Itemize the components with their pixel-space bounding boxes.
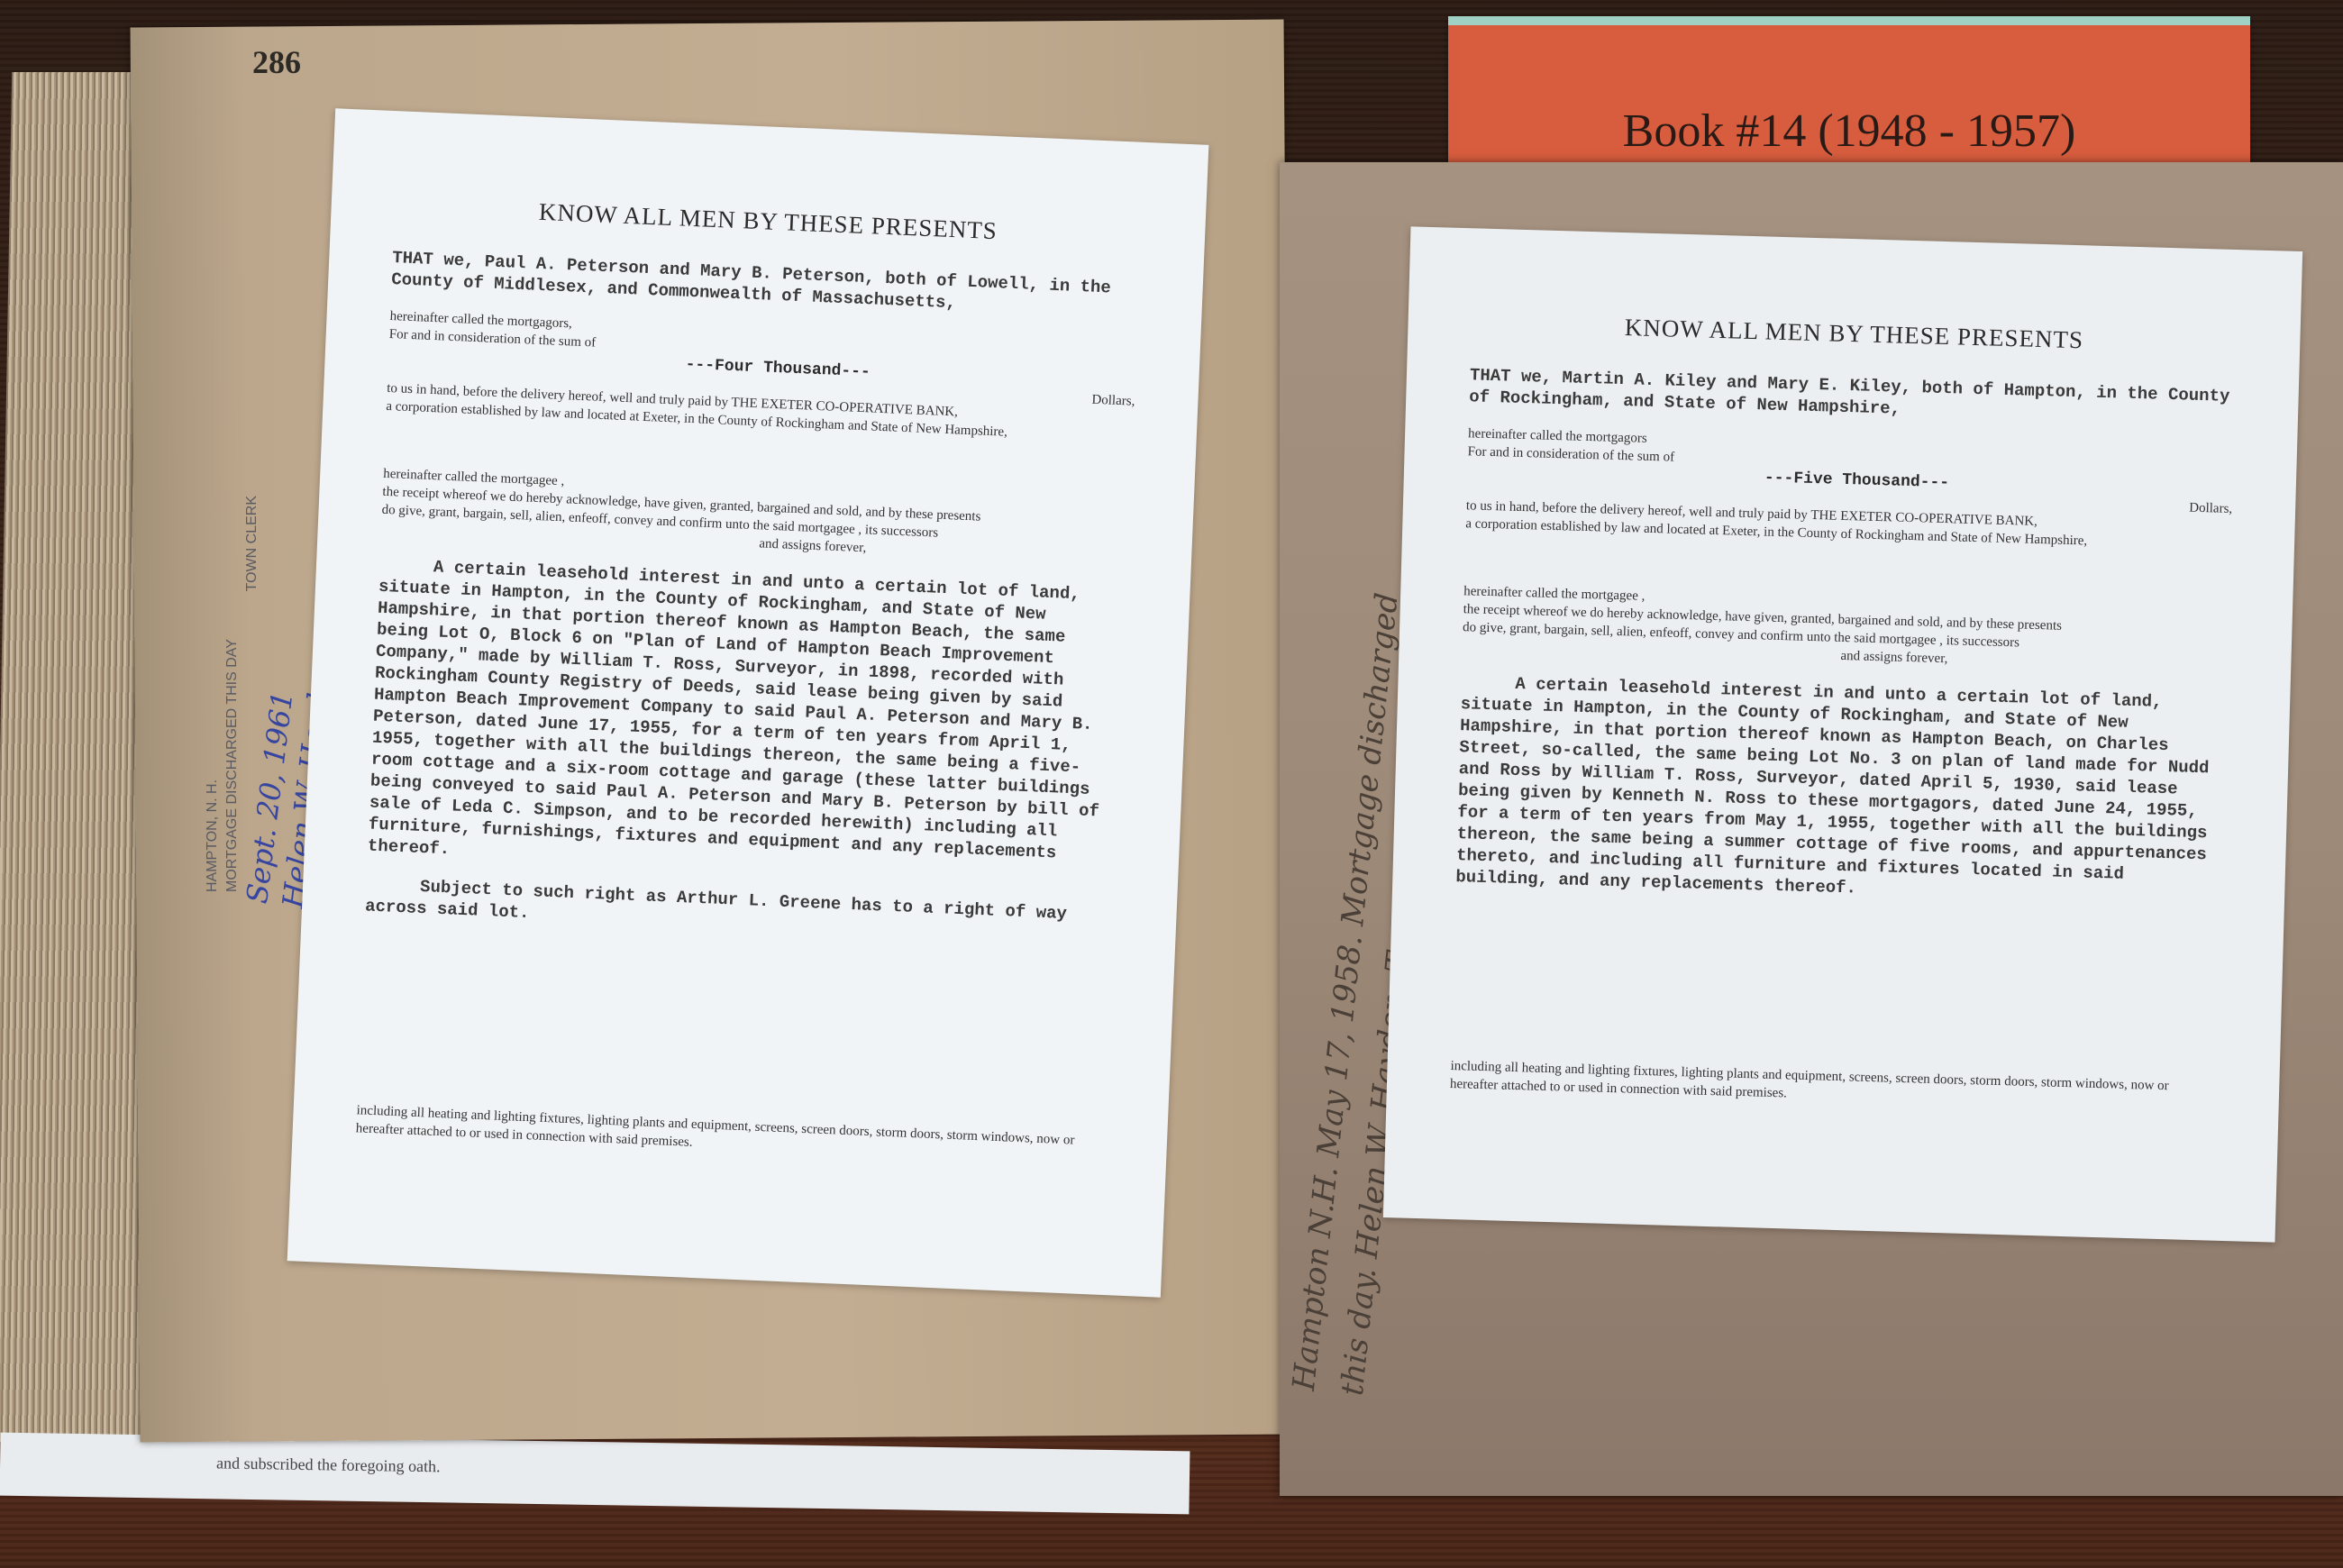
loose-sheet-text: and subscribed the foregoing oath. [216, 1454, 441, 1476]
divider-title: Book #14 (1948 - 1957) [1448, 105, 2250, 158]
fixtures-clause: including all heating and lighting fixtu… [355, 1101, 1104, 1169]
document-heading: KNOW ALL MEN BY THESE PRESENTS [1408, 307, 2300, 360]
property-description: A certain leasehold interest in and unto… [1455, 671, 2227, 909]
property-description: A certain leasehold interest in and unto… [367, 554, 1126, 888]
fixtures-clause: including all heating and lighting fixtu… [1450, 1057, 2217, 1115]
discharge-stamp: HAMPTON, N. H. MORTGAGE DISCHARGED THIS … [185, 514, 320, 910]
parties: THAT we, Martin A. Kiley and Mary E. Kil… [1469, 364, 2236, 429]
document-heading: KNOW ALL MEN BY THESE PRESENTS [331, 189, 1205, 254]
subject-to-clause: Subject to such right as Arthur L. Green… [365, 873, 1114, 948]
page-number: 286 [252, 43, 301, 81]
mortgage-document-peterson: KNOW ALL MEN BY THESE PRESENTS THAT we, … [287, 108, 1209, 1297]
mortgage-document-kiley: KNOW ALL MEN BY THESE PRESENTS THAT we, … [1383, 226, 2302, 1242]
parties: THAT we, Paul A. Peterson and Mary B. Pe… [391, 247, 1140, 322]
